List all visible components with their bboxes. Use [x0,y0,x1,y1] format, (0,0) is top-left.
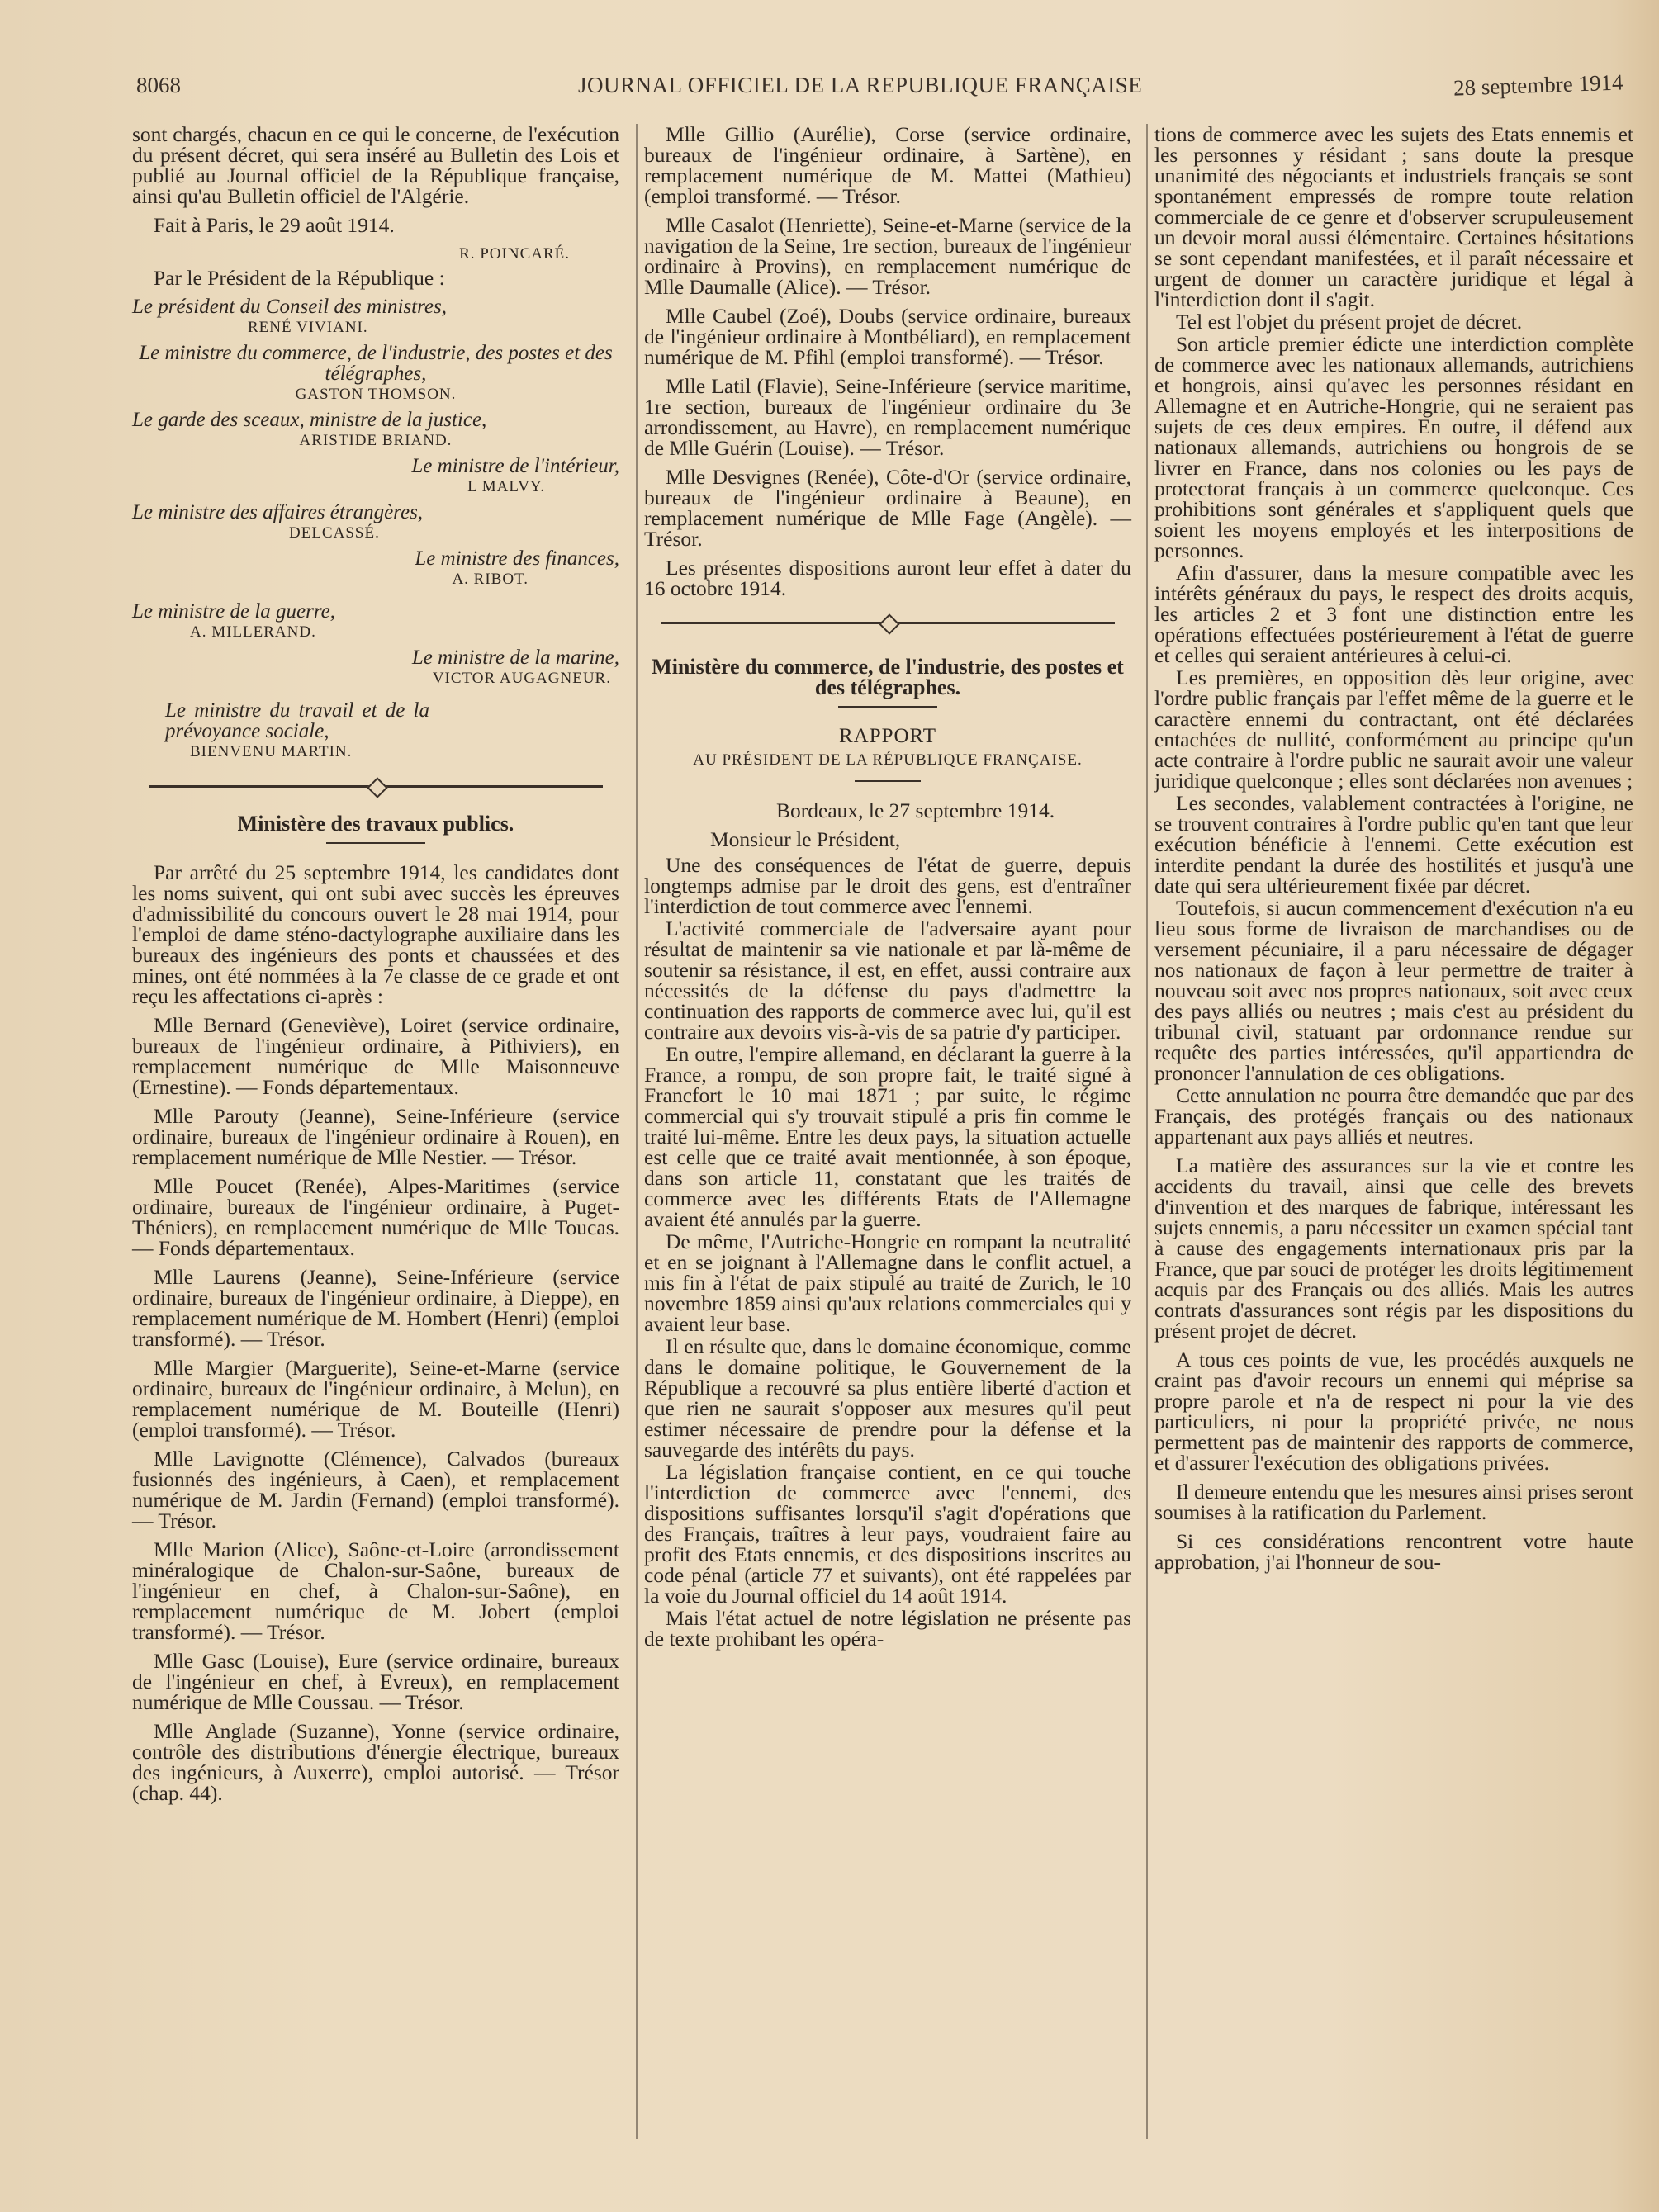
rapport-paragraph: Il demeure entendu que les mesures ainsi… [1154,1481,1633,1523]
president-signature: R. POINCARÉ. [132,244,619,264]
rapport-paragraph: La législation française contient, en ce… [644,1461,1131,1606]
rapport-paragraph: Mais l'état actuel de notre législation … [644,1608,1131,1649]
rapport-paragraph: En outre, l'empire allemand, en déclaran… [644,1044,1131,1229]
appointment-entry: Mlle Poucet (Renée), Alpes-Maritimes (se… [132,1176,619,1258]
column-divider-2 [1146,124,1148,2139]
rapport-title: RAPPORT [644,726,1131,746]
rapport-subtitle: AU PRÉSIDENT DE LA RÉPUBLIQUE FRANÇAISE. [644,750,1131,770]
subtitle-underline [855,780,921,782]
signatory: Le garde des sceaux, ministre de la just… [132,410,619,451]
rapport-paragraph: Cette annulation ne pourra être demandée… [1154,1085,1633,1147]
rapport-paragraph: Il en résulte que, dans le domaine écono… [644,1336,1131,1460]
appointment-entry: Mlle Anglade (Suzanne), Yonne (service o… [132,1721,619,1803]
salutation: Monsieur le Président, [644,829,1131,850]
newspaper-page: 8068 JOURNAL OFFICIEL DE LA REPUBLIQUE F… [0,0,1659,2212]
signatory: Le ministre des finances, A. RIBOT. [132,548,619,590]
title-underline [326,842,425,844]
rapport-paragraph: Les premières, en opposition dès leur or… [1154,667,1633,791]
signatory: Le ministre du commerce, de l'industrie,… [132,343,619,405]
appointment-entry: Mlle Gasc (Louise), Eure (service ordina… [132,1651,619,1712]
column-2: Mlle Gillio (Aurélie), Corse (service or… [644,124,1131,1651]
signatory: Le ministre de l'intérieur, L MALVY. [132,456,619,497]
arrete-intro: Par arrêté du 25 septembre 1914, les can… [132,862,619,1007]
appointment-entry: Mlle Laurens (Jeanne), Seine-Inférieure … [132,1267,619,1349]
appointment-entry: Mlle Bernard (Geneviève), Loiret (servic… [132,1015,619,1097]
rapport-place-date: Bordeaux, le 27 septembre 1914. [644,800,1131,821]
rapport-paragraph: Afin d'assurer, dans la mesure compatibl… [1154,562,1633,665]
rapport-paragraph: Les secondes, valablement contractées à … [1154,793,1633,896]
rapport-paragraph: Son article premier édicte une interdict… [1154,334,1633,561]
column-1: sont chargés, chacun en ce qui le concer… [132,124,619,1812]
rapport-paragraph: Toutefois, si aucun commencement d'exécu… [1154,898,1633,1083]
title-underline [838,706,937,708]
signatory: Le ministre de la guerre, A. MILLERAND. [132,601,619,642]
rapport-paragraph: tions de commerce avec les sujets des Et… [1154,124,1633,310]
appointment-entry: Mlle Margier (Marguerite), Seine-et-Marn… [132,1357,619,1440]
par-le-president: Par le Président de la République : [132,268,619,288]
rapport-paragraph: De même, l'Autriche-Hongrie en rompant l… [644,1231,1131,1334]
decree-ending: sont chargés, chacun en ce qui le concer… [132,124,619,206]
column-3: tions de commerce avec les sujets des Et… [1154,124,1633,1580]
appointment-entry: Mlle Desvignes (Renée), Côte-d'Or (servi… [644,467,1131,549]
place-date: Fait à Paris, le 29 août 1914. [132,215,619,235]
appointment-entry: Mlle Lavignotte (Clémence), Calvados (bu… [132,1448,619,1531]
rapport-paragraph: A tous ces points de vue, les procédés a… [1154,1349,1633,1473]
rapport-paragraph: Une des conséquences de l'état de guerre… [644,855,1131,917]
rapport-paragraph: La matière des assurances sur la vie et … [1154,1155,1633,1341]
signatory: Le président du Conseil des ministres, R… [132,296,619,338]
appointment-entry: Mlle Marion (Alice), Saône-et-Loire (arr… [132,1539,619,1642]
appointment-entry: Mlle Casalot (Henriette), Seine-et-Marne… [644,215,1131,297]
signatory: Le ministre des affaires étrangères, DEL… [132,502,619,543]
running-header: 8068 JOURNAL OFFICIEL DE LA REPUBLIQUE F… [136,73,1623,106]
rapport-paragraph: L'activité commerciale de l'adversaire a… [644,918,1131,1042]
rapport-paragraph: Si ces considérations rencontrent votre … [1154,1531,1633,1572]
signatory: Le ministre du travail et de la prévoyan… [132,700,619,762]
column-divider-1 [636,124,638,2139]
issue-date: 28 septembre 1914 [1453,69,1623,101]
appointment-entry: Mlle Latil (Flavie), Seine-Inférieure (s… [644,376,1131,458]
appointment-entry: Mlle Parouty (Jeanne), Seine-Inférieure … [132,1106,619,1168]
page-number: 8068 [136,73,181,98]
section-divider-ornament [149,777,603,795]
rapport-paragraph: Tel est l'objet du présent projet de déc… [1154,311,1633,332]
effective-date-note: Les présentes dispositions auront leur e… [644,557,1131,599]
section-divider-ornament [661,613,1115,632]
signatory: Le ministre de la marine, VICTOR AUGAGNE… [132,647,619,689]
appointment-entry: Mlle Gillio (Aurélie), Corse (service or… [644,124,1131,206]
section-title-commerce: Ministère du commerce, de l'industrie, d… [644,656,1131,698]
journal-title: JOURNAL OFFICIEL DE LA REPUBLIQUE FRANÇA… [578,73,1142,98]
section-title-travaux-publics: Ministère des travaux publics. [132,813,619,834]
appointment-entry: Mlle Caubel (Zoé), Doubs (service ordina… [644,306,1131,367]
